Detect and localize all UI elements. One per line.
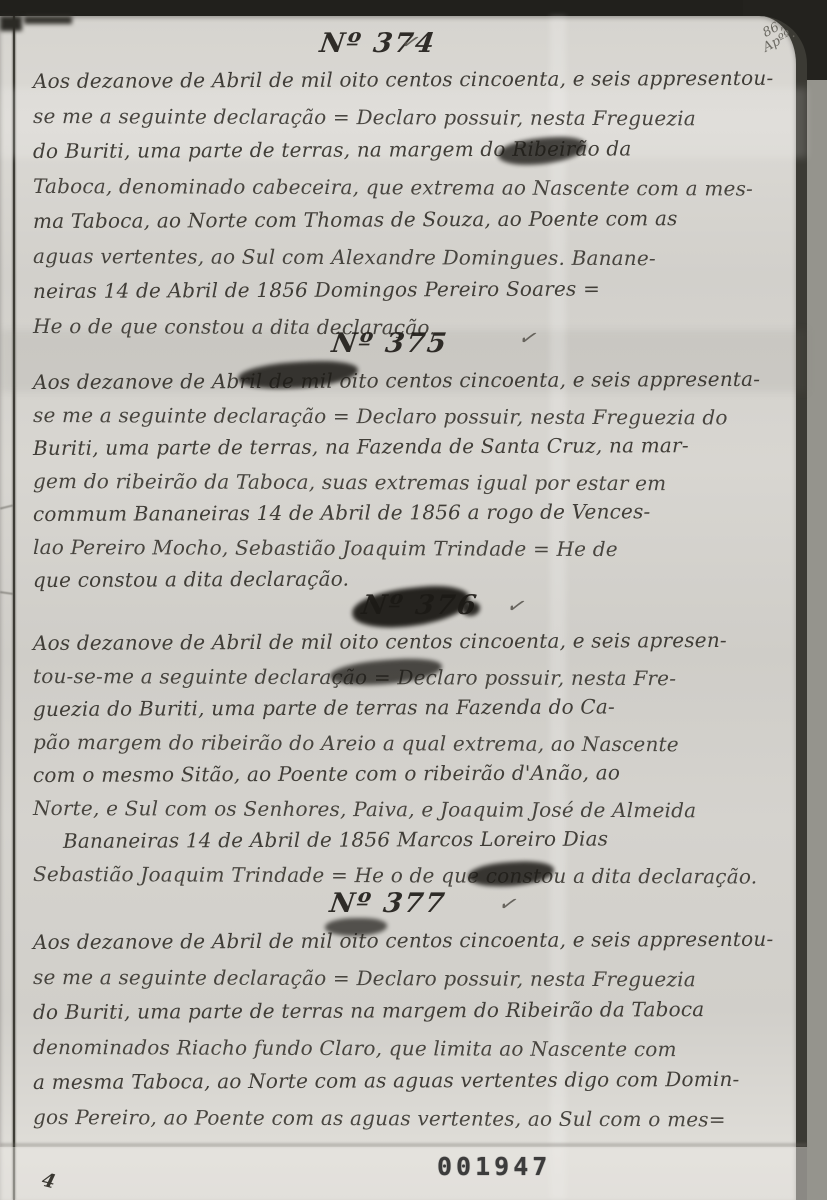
manuscript-line: neiras 14 de Abril de 1856 Domingos Pere… <box>33 271 779 309</box>
entry-paragraph-374: Aos dezanove de Abril de mil oito centos… <box>33 64 779 344</box>
entry-paragraph-375: Aos dezanove de Abril de mil oito centos… <box>33 366 779 597</box>
manuscript-line: Aos dezanove de Abril de mil oito centos… <box>33 624 779 660</box>
entry-paragraph-377: Aos dezanove de Abril de mil oito centos… <box>33 925 779 1135</box>
entry-number-heading-375: Nº 375 <box>330 328 450 359</box>
manuscript-line: commum Bananeiras 14 de Abril de 1856 a … <box>33 495 779 531</box>
manuscript-line: Aos dezanove de Abril de mil oito centos… <box>33 922 779 960</box>
manuscript-line: com o mesmo Sitão, ao Poente com o ribei… <box>33 756 779 792</box>
scan-artifact <box>0 1147 807 1200</box>
manuscript-line: Aos dezanove de Abril de mil oito centos… <box>33 61 779 99</box>
manuscript-line: ma Taboca, ao Norte com Thomas de Souza,… <box>33 201 779 239</box>
manuscript-line: Buriti, uma parte de terras, na Fazenda … <box>33 429 779 465</box>
manuscript-line: guezia do Buriti, uma parte de terras na… <box>33 690 779 726</box>
manuscript-line: do Buriti, uma parte de terras, na marge… <box>33 131 779 169</box>
manuscript-line: Bananeiras 14 de Abril de 1856 Marcos Lo… <box>33 822 779 858</box>
manuscript-line: do Buriti, uma parte de terras na margem… <box>33 992 779 1030</box>
archive-number-stamp: 001947 <box>437 1152 551 1181</box>
manuscript-line: Aos dezanove de Abril de mil oito centos… <box>33 363 779 399</box>
manuscript-line: a mesma Taboca, ao Norte com as aguas ve… <box>33 1062 779 1100</box>
check-mark: ✓ <box>496 891 523 917</box>
manuscript-line: gos Pereiro, ao Poente com as aguas vert… <box>33 1100 779 1138</box>
entry-number-heading-377: Nº 377 <box>328 888 448 919</box>
